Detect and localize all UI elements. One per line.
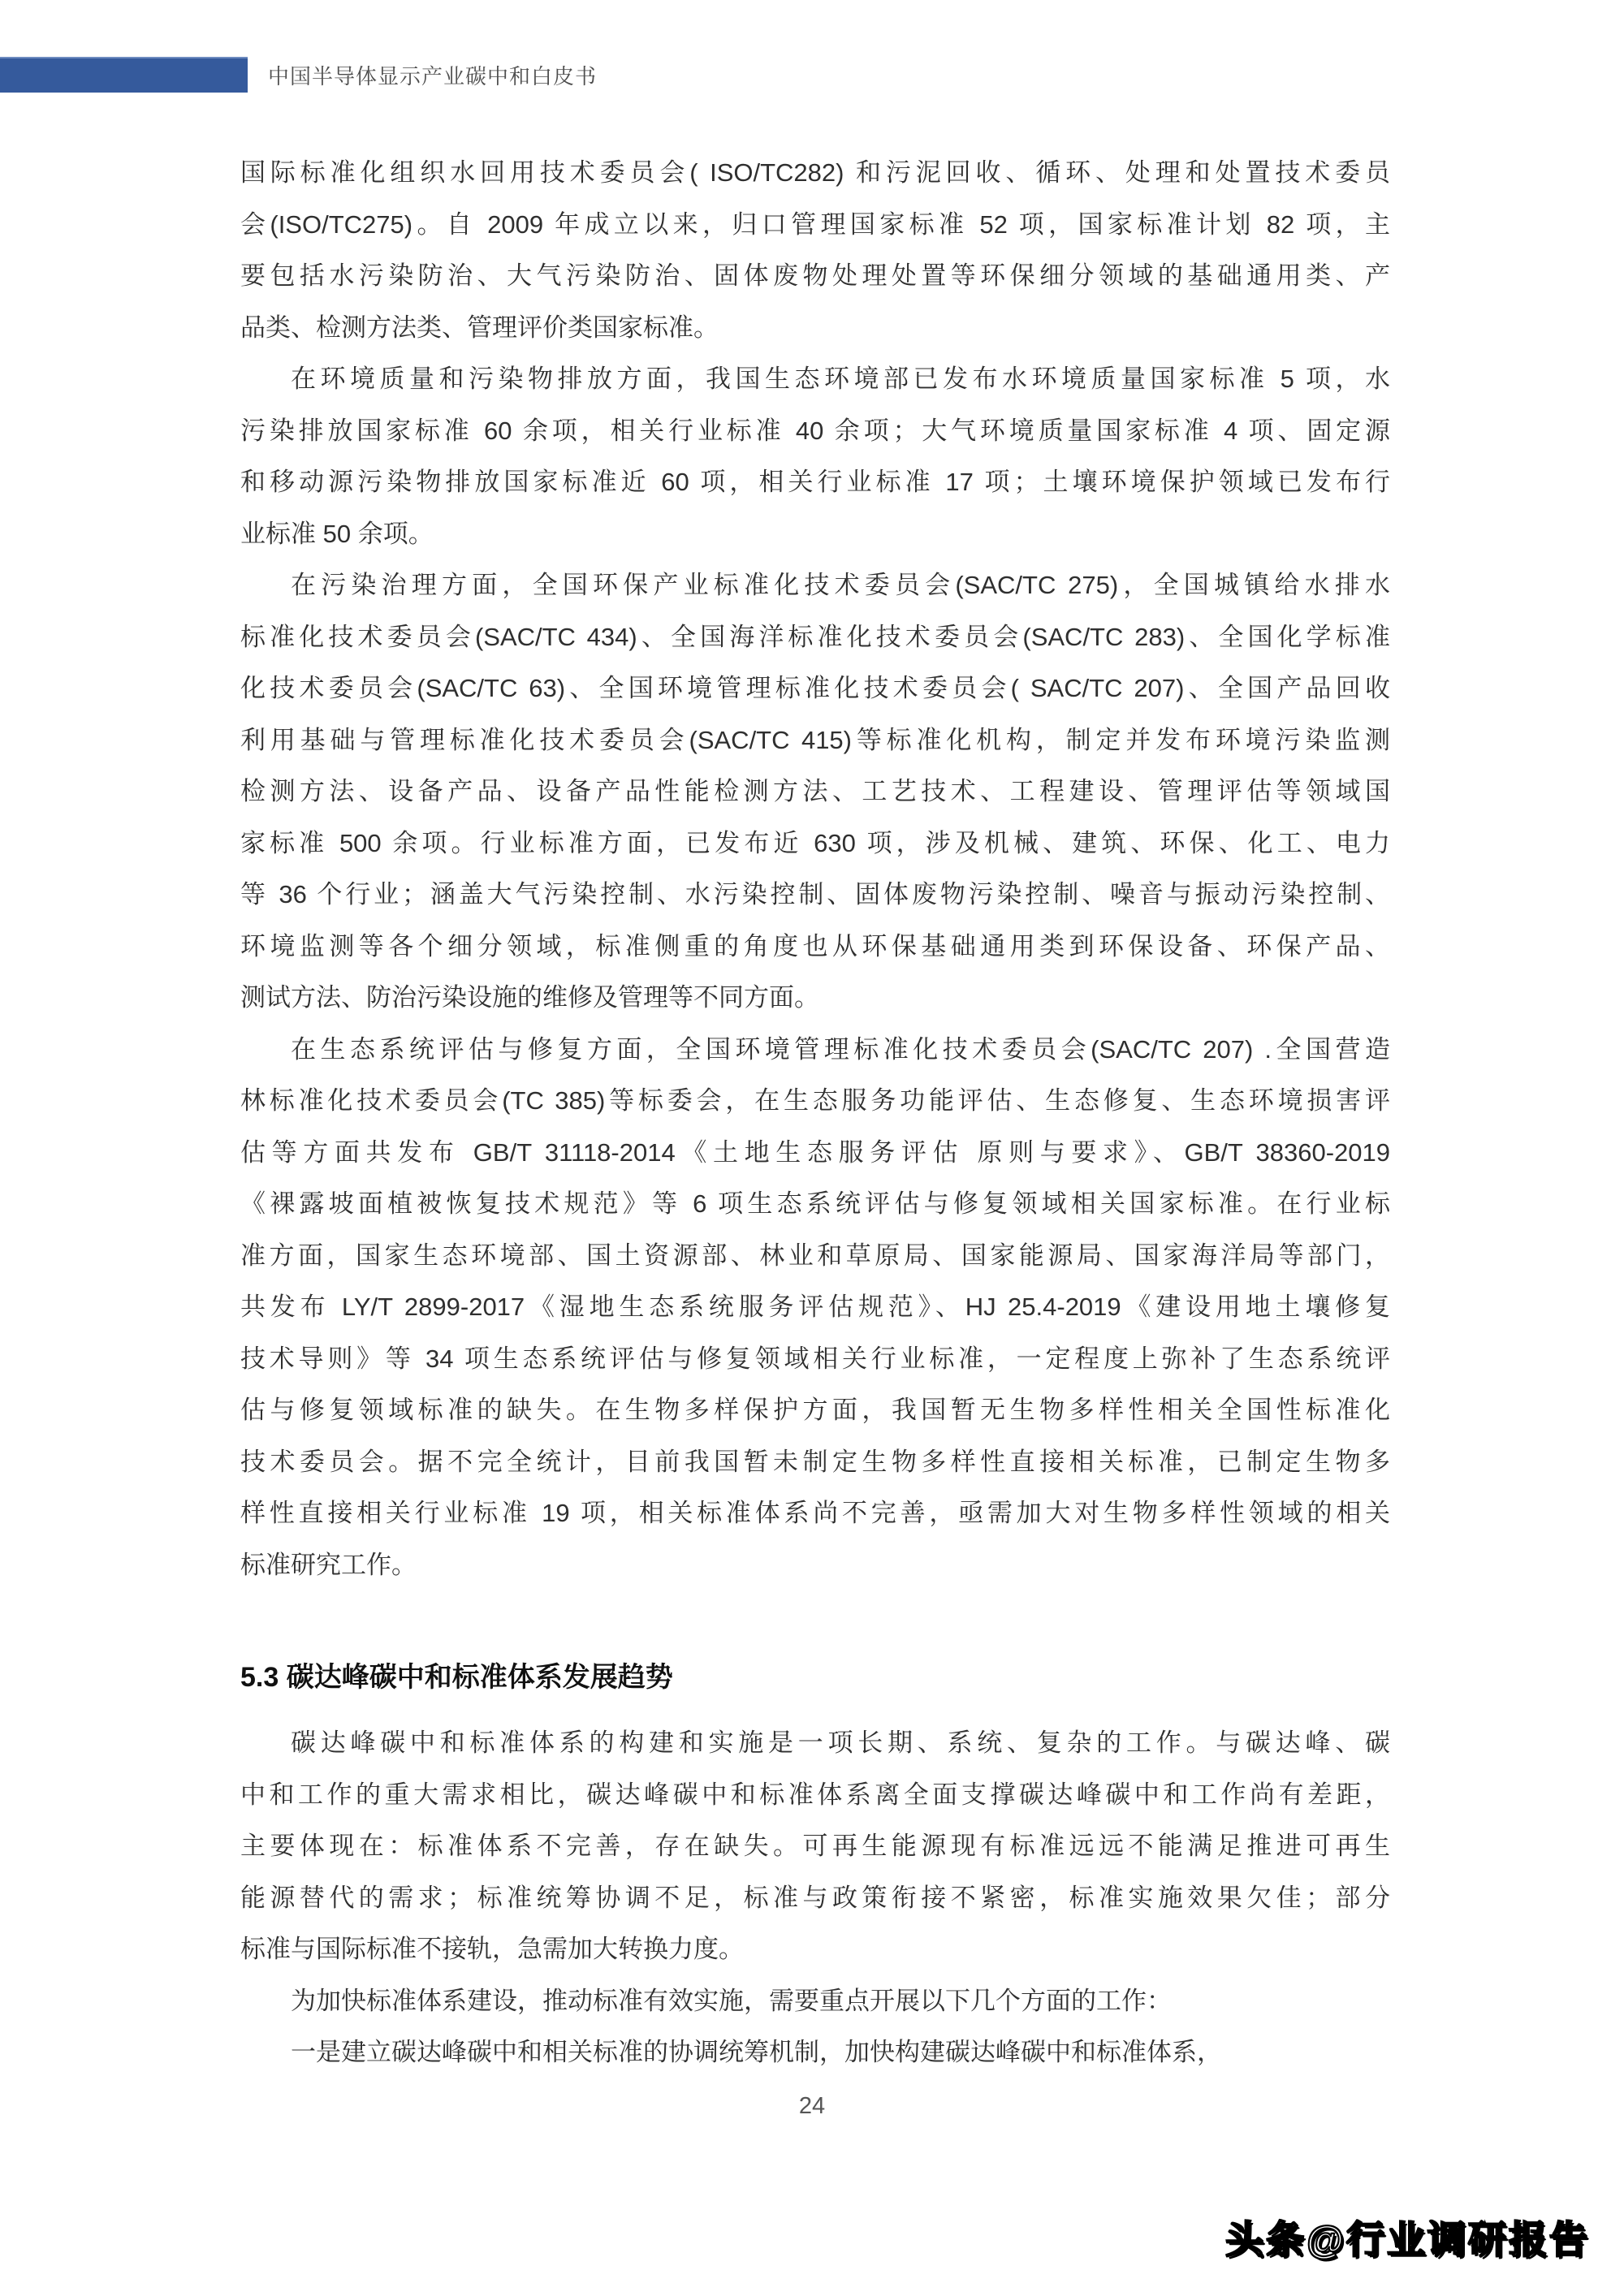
- text-line: 估与修复领域标准的缺失。在生物多样保护方面，我国暂无生物多样性相关全国性标准化: [240, 1384, 1390, 1436]
- text-line: 家标准 500 余项。行业标准方面，已发布近 630 项，涉及机械、建筑、环保、…: [240, 818, 1390, 870]
- text-line: 碳达峰碳中和标准体系的构建和实施是一项长期、系统、复杂的工作。与碳达峰、碳: [240, 1717, 1390, 1769]
- text-line: 等 36 个行业；涵盖大气污染控制、水污染控制、固体废物污染控制、噪音与振动污染…: [240, 869, 1390, 921]
- text-line: 化技术委员会(SAC/TC 63)、全国环境管理标准化技术委员会( SAC/TC…: [240, 662, 1390, 714]
- text-line: 准方面，国家生态环境部、国土资源部、林业和草原局、国家能源局、国家海洋局等部门，: [240, 1230, 1390, 1282]
- text-line: 在生态系统评估与修复方面，全国环境管理标准化技术委员会(SAC/TC 207) …: [240, 1024, 1390, 1076]
- header-accent-bar: [0, 57, 248, 93]
- text-line: 和移动源污染物排放国家标准近 60 项，相关行业标准 17 项；土壤环境保护领域…: [240, 456, 1390, 508]
- section-heading: 5.3 碳达峰碳中和标准体系发展趋势: [240, 1649, 1390, 1706]
- text-line: 标准与国际标准不接轨，急需加大转换力度。: [240, 1923, 1390, 1975]
- text-line: 一是建立碳达峰碳中和相关标准的协调统筹机制，加快构建碳达峰碳中和标准体系，: [240, 2026, 1390, 2078]
- text-line: 测试方法、防治污染设施的维修及管理等不同方面。: [240, 972, 1390, 1024]
- text-line: 估等方面共发布 GB/T 31118-2014《土地生态服务评估 原则与要求》、…: [240, 1127, 1390, 1179]
- text-line: 共发布 LY/T 2899-2017《湿地生态系统服务评估规范》、HJ 25.4…: [240, 1281, 1390, 1333]
- text-line: 检测方法、设备产品、设备产品性能检测方法、工艺技术、工程建设、管理评估等领域国: [240, 766, 1390, 818]
- text-line: 样性直接相关行业标准 19 项，相关标准体系尚不完善，亟需加大对生物多样性领域的…: [240, 1487, 1390, 1539]
- text-line: 会(ISO/TC275)。自 2009 年成立以来，归口管理国家标准 52 项，…: [240, 199, 1390, 251]
- text-line: 林标准化技术委员会(TC 385)等标委会，在生态服务功能评估、生态修复、生态环…: [240, 1075, 1390, 1127]
- text-line: 污染排放国家标准 60 余项，相关行业标准 40 余项；大气环境质量国家标准 4…: [240, 405, 1390, 457]
- text-line: 要包括水污染防治、大气污染防治、固体废物处理处置等环保细分领域的基础通用类、产: [240, 250, 1390, 302]
- text-line: 在环境质量和污染物排放方面，我国生态环境部已发布水环境质量国家标准 5 项，水: [240, 353, 1390, 405]
- text-line: 技术委员会。据不完全统计，目前我国暂未制定生物多样性直接相关标准，已制定生物多: [240, 1436, 1390, 1488]
- text-line: 品类、检测方法类、管理评价类国家标准。: [240, 302, 1390, 354]
- text-line: 利用基础与管理标准化技术委员会(SAC/TC 415)等标准化机构，制定并发布环…: [240, 714, 1390, 766]
- text-line: 为加快标准体系建设，推动标准有效实施，需要重点开展以下几个方面的工作：: [240, 1975, 1390, 2027]
- text-line: 技术导则》等 34 项生态系统评估与修复领域相关行业标准，一定程度上弥补了生态系…: [240, 1333, 1390, 1385]
- text-line: 能源替代的需求；标准统筹协调不足，标准与政策衔接不紧密，标准实施效果欠佳；部分: [240, 1872, 1390, 1924]
- text-line: 标准化技术委员会(SAC/TC 434)、全国海洋标准化技术委员会(SAC/TC…: [240, 611, 1390, 663]
- document-page: 中国半导体显示产业碳中和白皮书 国际标准化组织水回用技术委员会( ISO/TC2…: [0, 0, 1624, 2296]
- text-line: 主要体现在：标准体系不完善，存在缺失。可再生能源现有标准远远不能满足推进可再生: [240, 1820, 1390, 1872]
- text-line: 标准研究工作。: [240, 1539, 1390, 1591]
- page-number: 24: [0, 2093, 1624, 2120]
- text-line: 环境监测等各个细分领域，标准侧重的角度也从环保基础通用类到环保设备、环保产品、: [240, 921, 1390, 973]
- document-body: 国际标准化组织水回用技术委员会( ISO/TC282) 和污泥回收、循环、处理和…: [240, 147, 1390, 2078]
- text-line: 在污染治理方面，全国环保产业标准化技术委员会(SAC/TC 275)，全国城镇给…: [240, 559, 1390, 611]
- watermark-text: 头条@行业调研报告: [1225, 2210, 1590, 2264]
- text-line: 国际标准化组织水回用技术委员会( ISO/TC282) 和污泥回收、循环、处理和…: [240, 147, 1390, 199]
- text-line: 业标准 50 余项。: [240, 508, 1390, 560]
- text-line: 中和工作的重大需求相比，碳达峰碳中和标准体系离全面支撑碳达峰碳中和工作尚有差距，: [240, 1769, 1390, 1821]
- header-title: 中国半导体显示产业碳中和白皮书: [268, 60, 597, 90]
- text-line: 《裸露坡面植被恢复技术规范》等 6 项生态系统评估与修复领域相关国家标准。在行业…: [240, 1178, 1390, 1230]
